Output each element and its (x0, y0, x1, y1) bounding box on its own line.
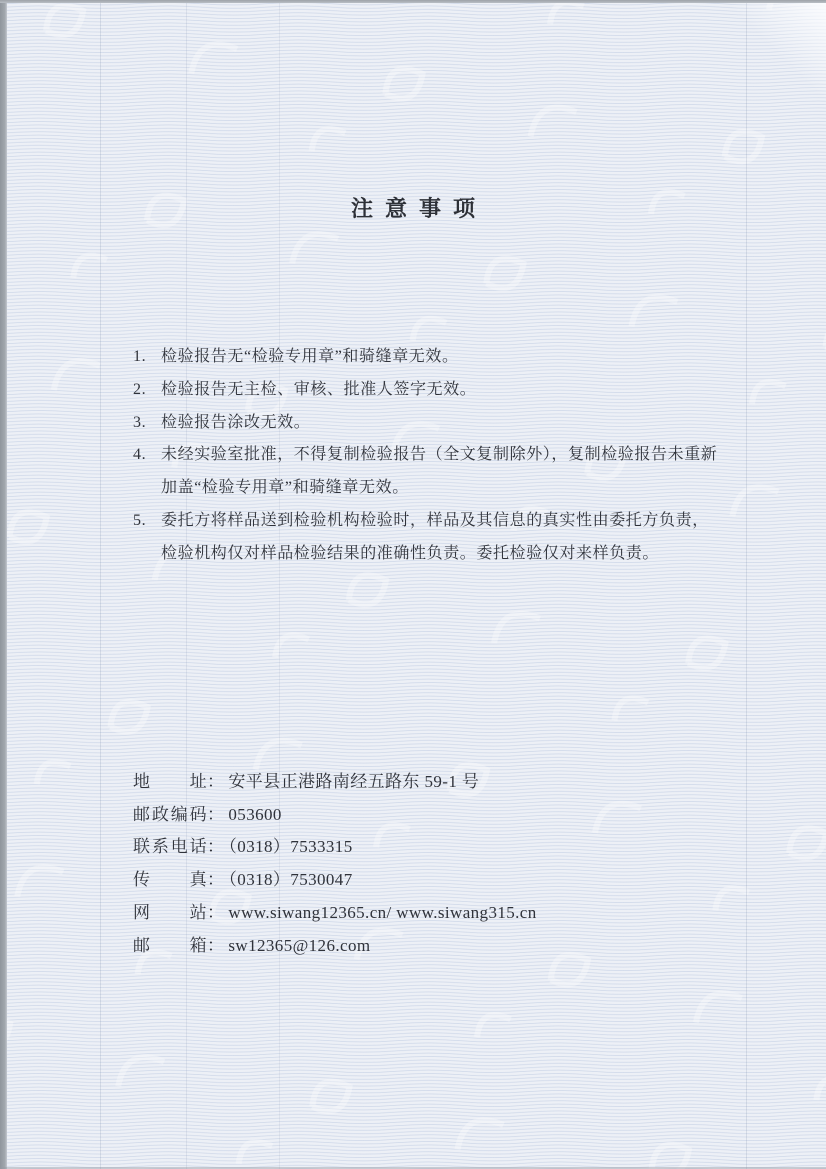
notes-list: 1. 检验报告无“检验专用章”和骑缝章无效。 2. 检验报告无主检、审核、批准人… (133, 341, 723, 571)
contact-row-phone: 联系电话：（0318）7533315 (133, 831, 537, 864)
contact-row-website: 网站：www.siwang12365.cn/ www.siwang315.cn (133, 897, 537, 930)
page-corner-highlight (676, 0, 826, 120)
contact-label: 联系电话 (133, 831, 207, 864)
contact-row-address: 地址：安平县正港路南经五路东 59-1 号 (133, 766, 537, 799)
scanned-report-notice-page: 注意事项 1. 检验报告无“检验专用章”和骑缝章无效。 2. 检验报告无主检、审… (0, 0, 826, 1169)
paper-crease (746, 3, 747, 1169)
contact-block: 地址：安平县正港路南经五路东 59-1 号 邮政编码：053600 联系电话：（… (133, 766, 537, 962)
note-line: 加盖“检验专用章”和骑缝章无效。 (161, 472, 723, 505)
note-item: 2. 检验报告无主检、审核、批准人签字无效。 (133, 374, 723, 407)
note-item: 3. 检验报告涂改无效。 (133, 407, 723, 440)
note-line: 检验报告涂改无效。 (161, 407, 723, 440)
note-text: 检验报告涂改无效。 (161, 407, 723, 440)
note-item: 1. 检验报告无“检验专用章”和骑缝章无效。 (133, 341, 723, 374)
contact-value-address: 安平县正港路南经五路东 59-1 号 (224, 772, 479, 791)
note-number: 1. (133, 341, 161, 374)
contact-value-email: sw12365@126.com (224, 936, 370, 955)
contact-label: 邮箱 (133, 930, 207, 963)
note-item: 5. 委托方将样品送到检验机构检验时，样品及其信息的真实性由委托方负责， 检验机… (133, 505, 723, 571)
paper-crease (186, 3, 187, 1169)
contact-value-postcode: 053600 (224, 805, 281, 824)
note-line: 未经实验室批准，不得复制检验报告（全文复制除外），复制检验报告未重新 (161, 439, 723, 472)
contact-row-postcode: 邮政编码：053600 (133, 799, 537, 832)
note-text: 委托方将样品送到检验机构检验时，样品及其信息的真实性由委托方负责， 检验机构仅对… (161, 505, 723, 571)
note-line: 检验报告无“检验专用章”和骑缝章无效。 (161, 341, 723, 374)
paper-crease (279, 3, 280, 1169)
contact-colon: ： (207, 805, 224, 824)
paper-crease (100, 3, 101, 1169)
scan-edge-left (0, 0, 7, 1169)
note-item: 4. 未经实验室批准，不得复制检验报告（全文复制除外），复制检验报告未重新 加盖… (133, 439, 723, 505)
contact-label: 传真 (133, 864, 207, 897)
page-title: 注意事项 (0, 192, 826, 223)
guilloche-texture (6, 2, 826, 1169)
contact-row-fax: 传真：（0318）7530047 (133, 864, 537, 897)
note-text: 未经实验室批准，不得复制检验报告（全文复制除外），复制检验报告未重新 加盖“检验… (161, 439, 723, 505)
contact-value-fax: （0318）7530047 (224, 870, 352, 889)
contact-row-email: 邮箱：sw12365@126.com (133, 930, 537, 963)
contact-label: 地址 (133, 766, 207, 799)
scan-edge-top (0, 0, 826, 3)
note-number: 4. (133, 439, 161, 505)
contact-colon: ： (207, 870, 224, 889)
note-line: 检验报告无主检、审核、批准人签字无效。 (161, 374, 723, 407)
note-number: 2. (133, 374, 161, 407)
contact-colon: ： (207, 772, 224, 791)
contact-value-phone: （0318）7533315 (224, 837, 352, 856)
contact-colon: ： (207, 837, 224, 856)
note-text: 检验报告无主检、审核、批准人签字无效。 (161, 374, 723, 407)
note-number: 3. (133, 407, 161, 440)
contact-value-website: www.siwang12365.cn/ www.siwang315.cn (224, 903, 536, 922)
note-text: 检验报告无“检验专用章”和骑缝章无效。 (161, 341, 723, 374)
note-line: 检验机构仅对样品检验结果的准确性负责。委托检验仅对来样负责。 (161, 538, 723, 571)
contact-label: 邮政编码 (133, 799, 207, 832)
note-line: 委托方将样品送到检验机构检验时，样品及其信息的真实性由委托方负责， (161, 505, 723, 538)
contact-colon: ： (207, 936, 224, 955)
contact-colon: ： (207, 903, 224, 922)
note-number: 5. (133, 505, 161, 571)
contact-label: 网站 (133, 897, 207, 930)
